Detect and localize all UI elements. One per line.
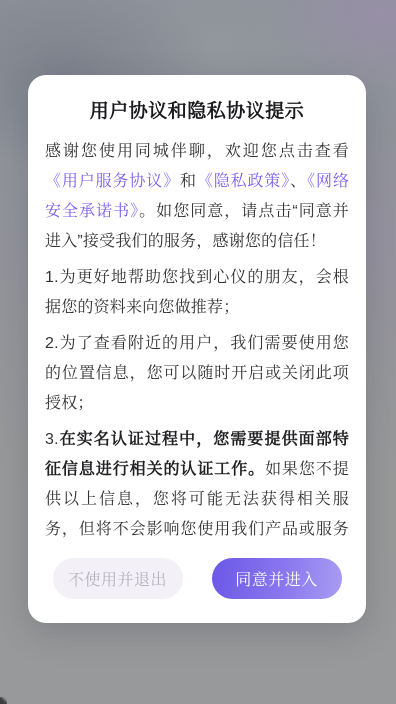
clause-3-number: 3. — [45, 431, 59, 448]
dialog-button-row: 不使用并退出 同意并进入 — [28, 558, 366, 599]
intro-text-1: 感谢您使用同城伴聊，欢迎您点击查看 — [45, 143, 349, 160]
background-corner-artifact — [0, 697, 7, 704]
clause-2-number: 2. — [45, 335, 59, 352]
privacy-policy-link[interactable]: 《隐私政策》 — [197, 173, 290, 190]
dialog-title: 用户协议和隐私协议提示 — [28, 96, 366, 123]
clause-2: 2.为了查看附近的用户，我们需要使用您的位置信息，您可以随时开启或关闭此项授权； — [45, 329, 349, 419]
intro-text-2: 和 — [180, 173, 197, 190]
clause-2-text: 为了查看附近的用户，我们需要使用您的位置信息，您可以随时开启或关闭此项授权； — [45, 335, 349, 412]
clause-3: 3.在实名认证过程中，您需要提供面部特征信息进行相关的认证工作。如果您不提供以上… — [45, 425, 349, 541]
agreement-dialog: 用户协议和隐私协议提示 感谢您使用同城伴聊，欢迎您点击查看《用户服务协议》和《隐… — [28, 75, 366, 623]
clause-1-number: 1. — [45, 269, 59, 286]
decline-exit-button[interactable]: 不使用并退出 — [53, 558, 183, 599]
user-service-agreement-link[interactable]: 《用户服务协议》 — [45, 173, 180, 190]
clause-1-text: 为更好地帮助您找到心仪的朋友，会根据您的资料来向您做推荐； — [45, 269, 349, 316]
agreement-text: 感谢您使用同城伴聊，欢迎您点击查看《用户服务协议》和《隐私政策》、《网络安全承诺… — [45, 137, 349, 541]
agree-enter-button[interactable]: 同意并进入 — [212, 558, 342, 599]
clause-1: 1.为更好地帮助您找到心仪的朋友，会根据您的资料来向您做推荐； — [45, 263, 349, 323]
intro-paragraph: 感谢您使用同城伴聊，欢迎您点击查看《用户服务协议》和《隐私政策》、《网络安全承诺… — [45, 137, 349, 257]
intro-text-3: 、 — [290, 173, 307, 190]
